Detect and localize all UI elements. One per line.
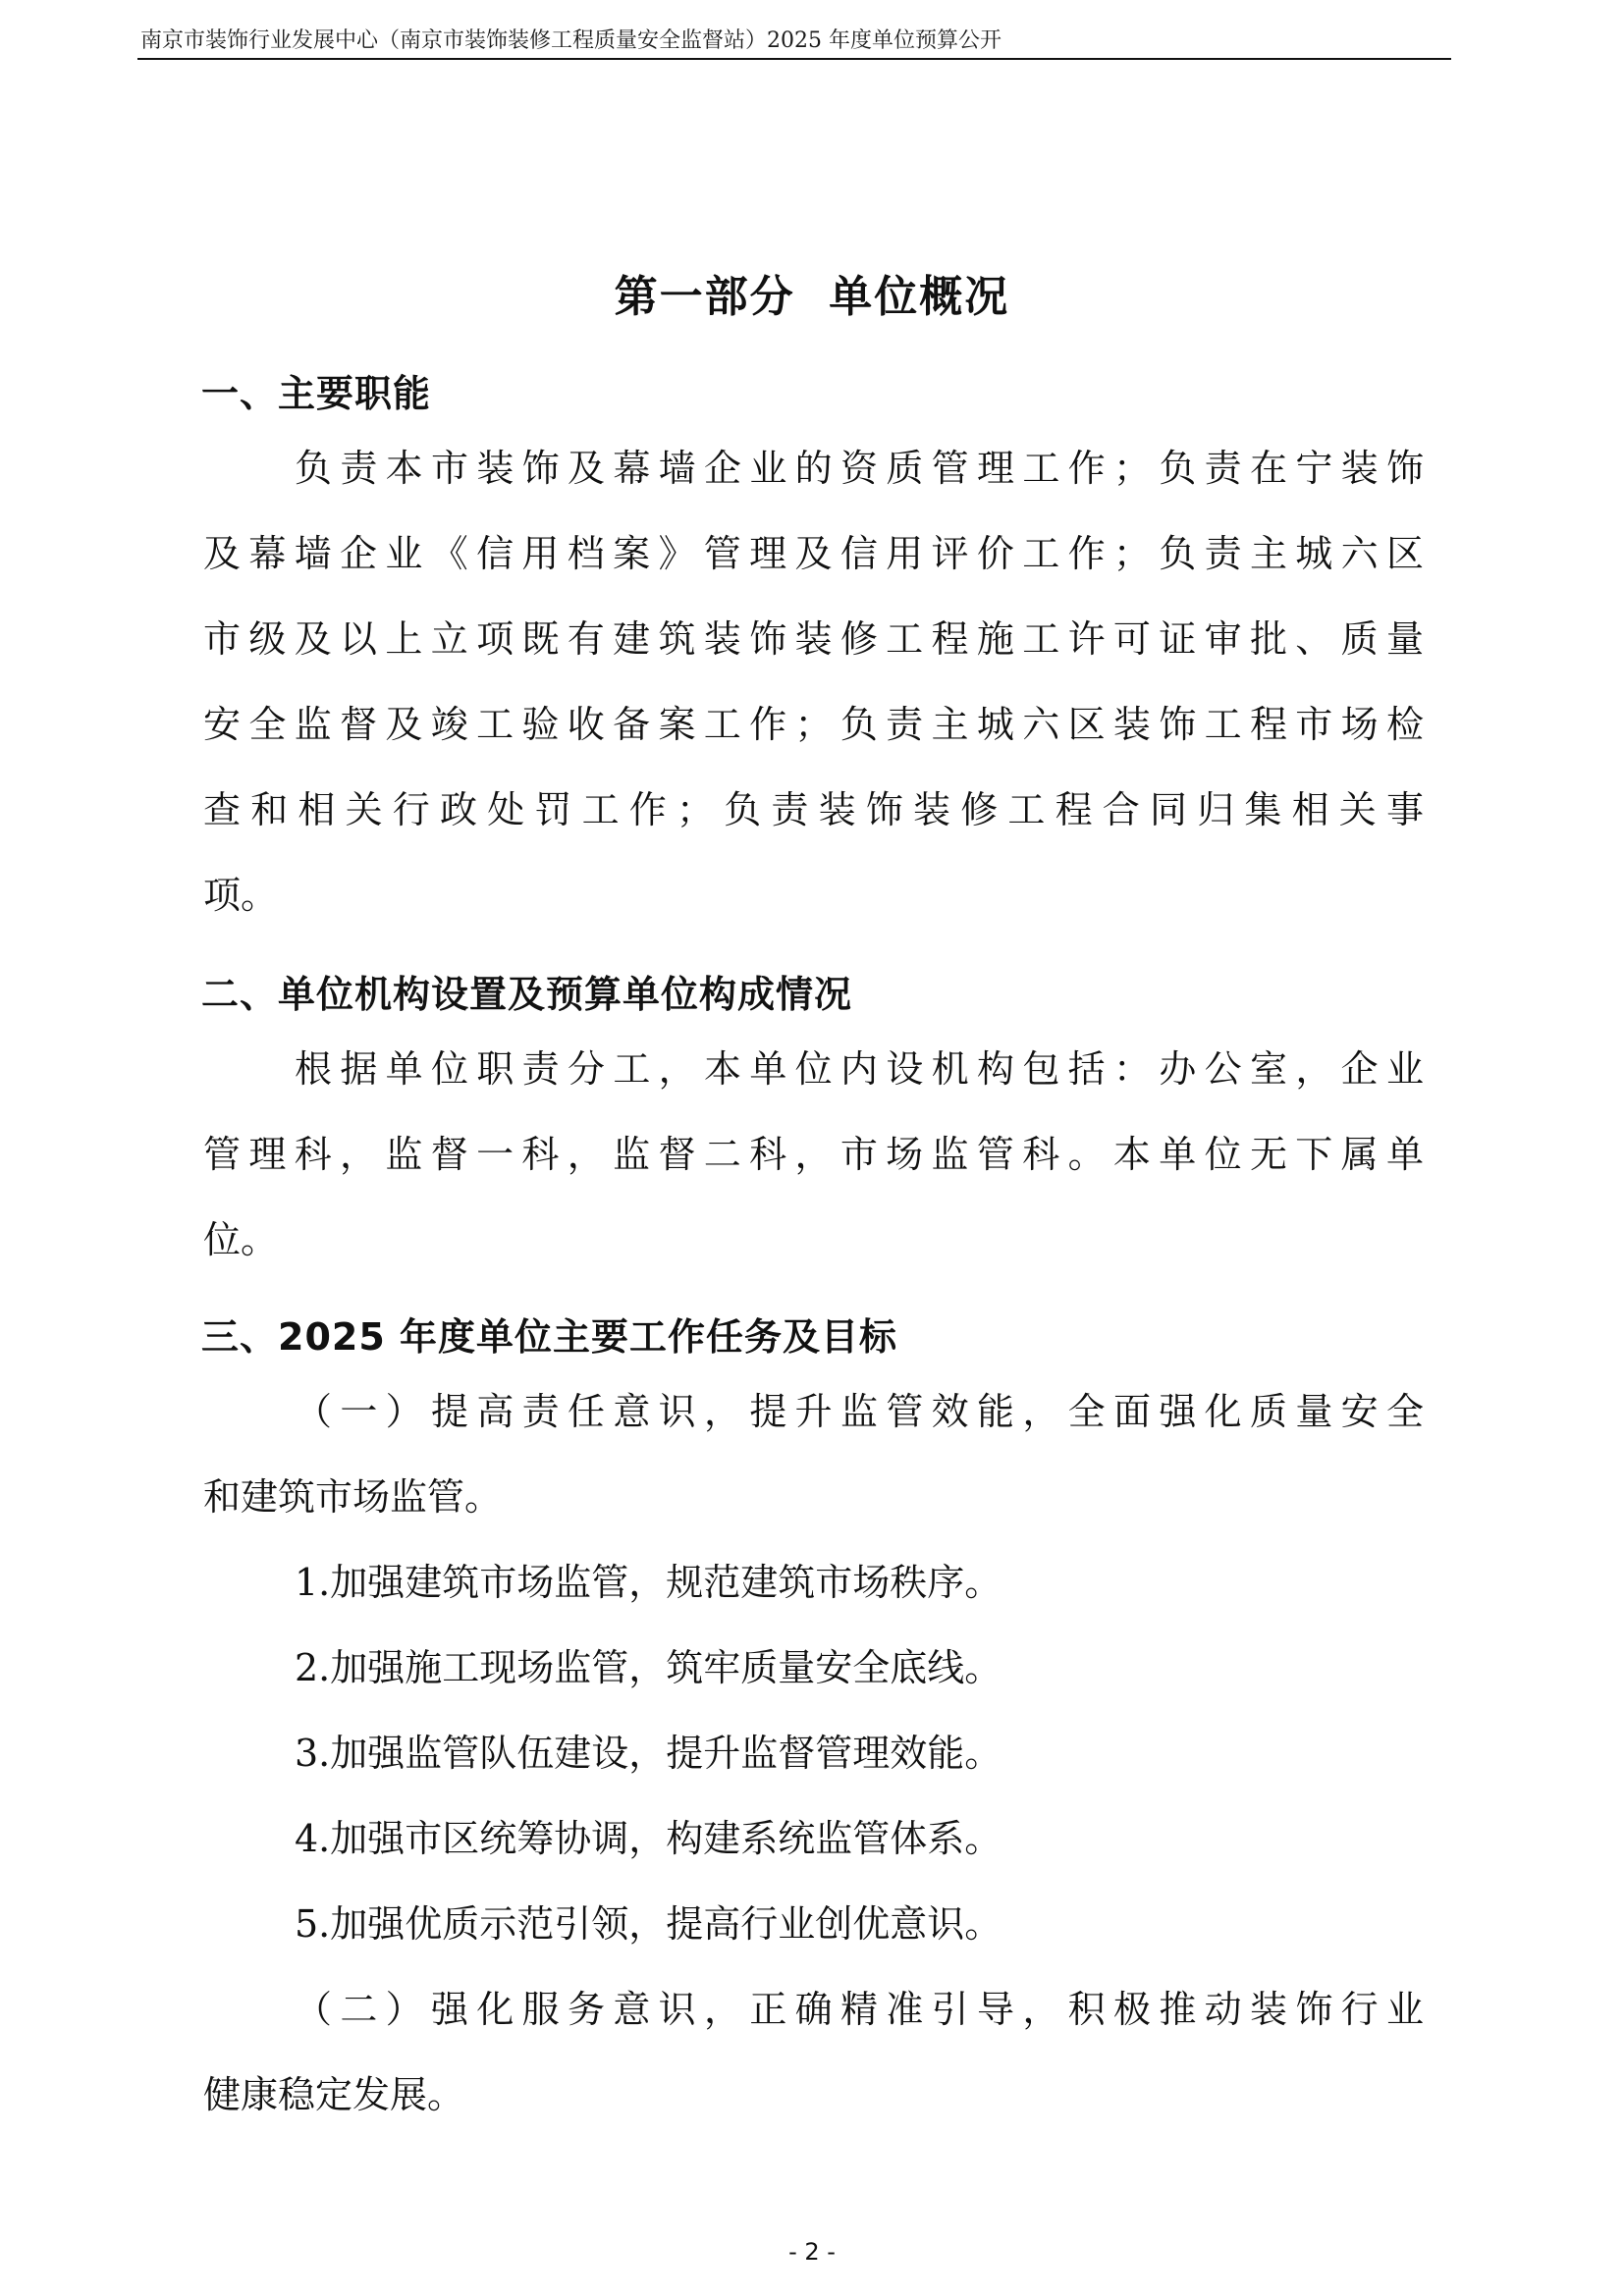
paragraph-line: 市级及以上立项既有建筑装饰装修工程施工许可证审批、质量 [203, 620, 1424, 658]
section-heading-main-functions: 一、主要职能 [201, 363, 431, 417]
section-heading-tasks-goals: 三、2025 年度单位主要工作任务及目标 [201, 1307, 897, 1361]
subsection-line: 健康稳定发展。 [203, 2076, 464, 2113]
paragraph-line: 查和相关行政处罚工作；负责装饰装修工程合同归集相关事 [203, 791, 1424, 828]
task-item: 3.加强监管队伍建设，提升监督管理效能。 [295, 1735, 1001, 1772]
subsection-line: 和建筑市场监管。 [203, 1478, 502, 1516]
paragraph-line: 项。 [203, 877, 278, 914]
task-item: 1.加强建筑市场监管，规范建筑市场秩序。 [295, 1564, 1001, 1601]
section-heading-organization: 二、单位机构设置及预算单位构成情况 [201, 964, 852, 1018]
paragraph-line: 位。 [203, 1221, 278, 1258]
task-item: 2.加强施工现场监管，筑牢质量安全底线。 [295, 1649, 1001, 1686]
paragraph-line: 负责本市装饰及幕墙企业的资质管理工作；负责在宁装饰 [295, 450, 1424, 487]
paragraph-line: 根据单位职责分工，本单位内设机构包括：办公室，企业 [295, 1050, 1424, 1088]
page-number: - 2 - [0, 2238, 1624, 2266]
task-item: 4.加强市区统筹协调，构建系统监管体系。 [295, 1820, 1001, 1857]
page-title: 第一部分 单位概况 [0, 261, 1624, 324]
subsection-line: （二）强化服务意识，正确精准引导，积极推动装饰行业 [295, 1991, 1424, 2028]
running-header: 南京市装饰行业发展中心（南京市装饰装修工程质量安全监督站）2025 年度单位预算… [140, 24, 1001, 54]
header-divider [137, 58, 1451, 60]
subsection-line: （一）提高责任意识，提升监管效能，全面强化质量安全 [295, 1393, 1424, 1430]
paragraph-line: 安全监督及竣工验收备案工作；负责主城六区装饰工程市场检 [203, 706, 1424, 743]
task-item: 5.加强优质示范引领，提高行业创优意识。 [295, 1905, 1001, 1943]
paragraph-line: 管理科，监督一科，监督二科，市场监管科。本单位无下属单 [203, 1136, 1424, 1173]
paragraph-line: 及幕墙企业《信用档案》管理及信用评价工作；负责主城六区 [203, 535, 1424, 572]
